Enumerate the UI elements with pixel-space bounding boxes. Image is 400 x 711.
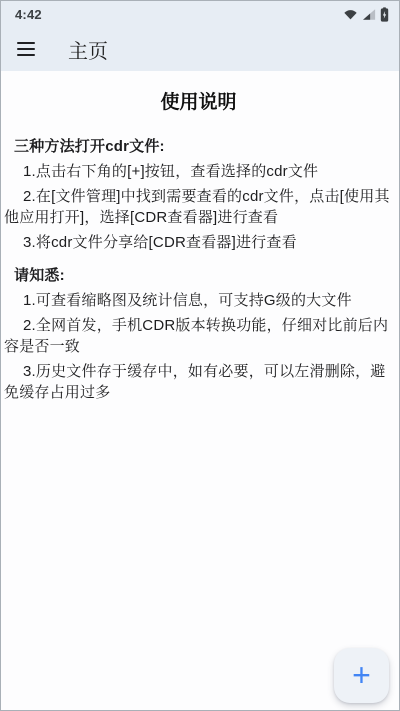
page-title: 主页 bbox=[68, 35, 108, 64]
content-area: 使用说明 三种方法打开cdr文件: 1.点击右下角的[+]按钮，查看选择的cdr… bbox=[1, 92, 399, 403]
wifi-icon bbox=[343, 8, 358, 21]
section-header-notice: 请知悉: bbox=[4, 265, 393, 286]
list-item: 3.将cdr文件分享给[CDR查看器]进行查看 bbox=[4, 232, 393, 253]
list-item: 3.历史文件存于缓存中，如有必要，可以左滑删除，避免缓存占用过多 bbox=[4, 361, 393, 403]
list-item: 1.点击右下角的[+]按钮，查看选择的cdr文件 bbox=[4, 161, 393, 182]
list-item: 1.可查看缩略图及统计信息，可支持G级的大文件 bbox=[4, 290, 393, 311]
status-time: 4:42 bbox=[15, 7, 42, 22]
section-header-open-methods: 三种方法打开cdr文件: bbox=[4, 136, 393, 157]
add-file-button[interactable]: + bbox=[334, 648, 389, 703]
plus-icon: + bbox=[352, 659, 371, 691]
status-bar: 4:42 bbox=[1, 1, 399, 27]
status-icons bbox=[343, 7, 389, 22]
hamburger-menu-icon[interactable] bbox=[17, 42, 37, 57]
usage-instructions-title: 使用说明 bbox=[4, 92, 393, 114]
list-item: 2.在[文件管理]中找到需要查看的cdr文件，点击[使用其他应用打开]，选择[C… bbox=[4, 186, 393, 228]
cellular-signal-icon bbox=[362, 8, 376, 21]
list-item: 2.全网首发，手机CDR版本转换功能，仔细对比前后内容是否一致 bbox=[4, 315, 393, 357]
phone-screen: 4:42 bbox=[0, 0, 400, 711]
app-bar: 主页 bbox=[1, 27, 399, 71]
battery-charging-icon bbox=[380, 7, 389, 22]
